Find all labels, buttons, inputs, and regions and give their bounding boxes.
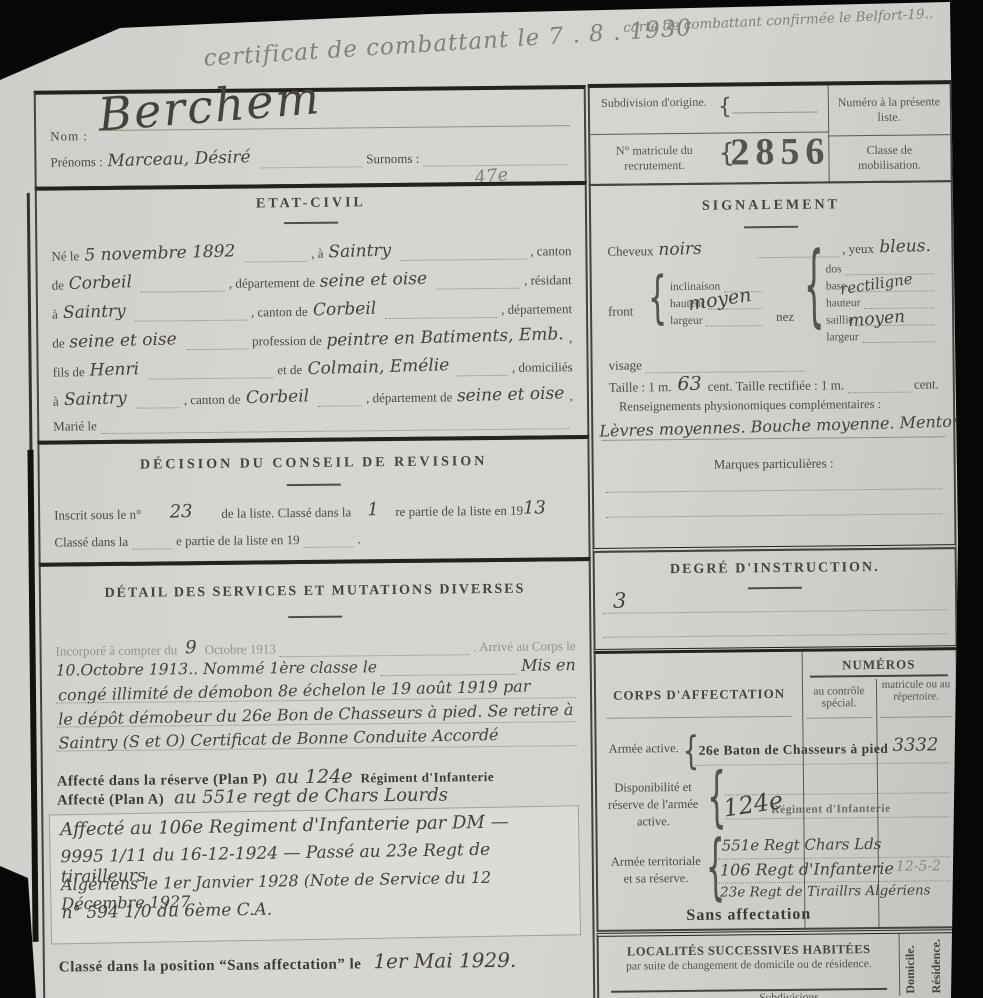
hand-value: Mis en [521,655,576,675]
instruction-value: 3 [613,589,627,613]
controle-header: au contrôle spécial. [804,685,874,710]
renseignements-label: Renseignements physionomiques complément… [619,397,881,415]
territoriale-v1: 551e Regt Chars Lds [722,835,882,855]
hand-value: bleus. [874,236,936,258]
scanned-military-record: { "annotations": { "top_center": "certif… [0,0,983,998]
print-label: largeur [670,315,702,327]
territoriale-v2-num: 12-5-2 [896,858,941,874]
nez-item: largeur [826,330,938,343]
hand-value: seine et oise [452,383,570,406]
signalement-title: SIGNALEMENT [591,196,951,216]
print-label: visage [609,357,642,373]
print-label: . Arrivé au Corps le [473,638,575,655]
hand-value: Affecté au 106e Regiment d'Infanterie pa… [60,811,509,840]
hand-value: au 551e regt de Chars Lourds [168,784,454,808]
etat-civil-title: ETAT-CIVIL [37,193,585,215]
prenoms-row: Prénoms : Marceau, Désiré Surnoms : [50,145,570,170]
residence-vertical-label: Résidence. [929,933,945,993]
print-label: , département [501,301,572,318]
form-sheet: certificat de combattant le 7 . 8 . 1930… [0,0,983,998]
print-label: et de [277,362,302,378]
etat-civil-line-7: Marié le [53,413,573,434]
print-label: Octobre 1913 [205,641,276,658]
pasted-slip: Affecté au 106e Regiment d'Infanterie pa… [49,805,581,944]
print-label: , canton de [184,392,241,409]
annotation-carte-combattant: carte de combattant confirmée le Belfort… [623,6,934,36]
territoriale-label: Armée territoriale et sa réserve. [606,853,706,888]
hand-value: 1er Mai 1929. [365,948,516,974]
sans-affectation-stamp: Sans affectation [686,906,811,925]
matricule-label: N° matricule du recrutement. [592,143,716,174]
territoriale-v2: 106 Regt d'Infanterie [720,859,894,880]
hand-value: Henri [85,359,145,381]
book-spine-bar [27,450,38,942]
print-label: e partie de la liste en 19 [176,532,300,549]
print-label: , département de [229,275,315,292]
hand-value: 5 novembre 1892 [79,241,240,265]
surnoms-label: Surnoms : [366,151,419,168]
hand-value: noirs [653,237,754,260]
hand-value: Corbeil [307,299,381,321]
print-label: , département de [366,389,452,406]
etat-civil-line-1: Né le 5 novembre 1892 , à Saintry , cant… [51,239,571,264]
hand-value: Corbeil [240,386,314,408]
print-label: fils de [53,364,85,380]
conseil-line-1: Inscrit sous le n° 23 de la liste. Class… [54,497,574,523]
nez-hand-moyen: moyen [847,307,905,332]
prenoms-value: Marceau, Désiré [103,147,257,171]
matricule-number: 2856 [730,129,830,174]
print-label: re partie de la liste en 19 [395,503,523,520]
services-title: DÉTAIL DES SERVICES ET MUTATIONS DIVERSE… [41,581,589,603]
subdivision-label: Subdivision d'origine. [596,95,712,111]
hand-value: Saintry [58,388,131,410]
print-label: , domiciliés [512,359,573,376]
nom-value: Berchem [96,70,323,142]
armee-active-label: Armée active. [609,741,681,757]
localites-subtitle: par suite de changement de domicile ou d… [609,958,889,973]
hand-value: peintre en Batiments, Emb. [321,324,569,351]
name-box: Nom : Berchem Prénoms : Marceau, Désiré … [34,85,587,189]
etat-civil-line-4: de seine et oise profession de peintre e… [52,326,572,351]
stamp-text: Régiment d'Infanterie [360,769,494,785]
stamp-text: Classé dans la position “Sans affectatio… [59,956,362,975]
marques-label: Marques particulières : [594,454,954,474]
signalement-box: SIGNALEMENT Cheveux noirs , yeux bleus. … [589,180,957,552]
hand-value: Corbeil [64,272,138,294]
print-label: de [52,277,64,293]
print-label: , [569,330,572,346]
corps-header: CORPS D'AFFECTATION [596,686,802,704]
hand-value: Saintry [58,301,131,323]
print-label: cent. Taille rectifiée : 1 m. [708,377,845,394]
territoriale-v3: 23e Regt de Tiraillrs Algériens [720,882,931,900]
print-label: Né le [51,248,79,264]
brace: { [718,94,732,119]
print-label: Taille : 1 m. [609,379,672,396]
cheveux-row: Cheveux noirs , yeux bleus. [607,236,935,259]
matricule-header: matricule ou au répertoire. [878,678,954,703]
print-label: . [357,531,360,547]
book-spine-line [27,193,33,453]
print-label: profession de [252,333,322,350]
paper-sheet: certificat de combattant le 7 . 8 . 1930… [0,0,983,998]
stamp-text: Affecté (Plan A) [57,791,164,808]
print-label: , [570,388,573,404]
hand-value: 9 [177,637,205,658]
armee-active-matricule: 3332 [892,734,938,755]
print-label: Inscrit sous le n° [54,507,141,524]
hand-value: 13 [523,497,546,518]
hand-value: 63 [671,373,707,395]
numeros-header: NUMÉROS [802,656,956,674]
nom-label: Nom : [50,128,88,144]
brace: { [803,231,824,338]
print-label: de la liste. Classé dans la [221,504,351,521]
hand-value: seine et oise [315,269,433,292]
conseil-title: DÉCISION DU CONSEIL DE REVISION [40,453,588,475]
print-label: Marié le [53,418,97,434]
services-box: DÉTAIL DES SERVICES ET MUTATIONS DIVERSE… [39,557,596,998]
print-label: , à [311,246,323,262]
print-label: Cheveux [607,243,653,259]
recruitment-box: Subdivision d'origine. { Numéro à la pré… [588,80,953,186]
print-label: de [52,335,64,351]
armee-active-value: 26e Baton de Chasseurs à pied [699,741,889,759]
etat-civil-box: ETAT-CIVIL Né le 5 novembre 1892 , à Sai… [35,181,590,443]
hand-value: n° 594 1/0 du 6ème C.A. [61,900,272,924]
print-label: Incorporé à compter du [55,642,177,659]
print-label: Classé dans la [54,534,128,551]
front-label: front [608,304,633,320]
etat-civil-line-3: à Saintry , canton de Corbeil , départem… [52,297,572,322]
etat-civil-line-2: de Corbeil , département de seine et ois… [52,268,572,293]
hand-value: seine et oise [64,329,182,352]
brace: { [682,729,699,774]
hand-value: 23 [141,500,222,523]
conseil-line-2: Classé dans la e partie de la liste en 1… [54,530,454,550]
taille-row: Taille : 1 m. 63 cent. Taille rectifiée … [609,370,939,395]
print-label: , résidant [524,272,572,288]
classe-mobilisation-label: Classe de mobilisation. [834,142,944,173]
hand-value: Colmain, Emélie [302,355,454,379]
stamp-sans-affectation-line: Classé dans la position “Sans affectatio… [59,947,589,977]
etat-civil-line-6: à Saintry , canton de Corbeil , départem… [53,384,573,409]
print-label: dos [826,263,842,275]
localites-title: LOCALITÉS SUCCESSIVES HABITÉES [599,942,899,960]
print-label: , canton de [251,304,308,321]
hand-value: 1 [351,499,396,521]
print-label: , canton [530,243,571,259]
print-label: largeur [826,331,858,343]
brace: { [648,265,668,332]
prenoms-label: Prénoms : [50,154,103,171]
disponibilite-stamp: Régiment d'Infanterie [771,803,891,816]
nez-label: nez [776,309,794,325]
hand-value: 10.Octobre 1913.. Nommé 1ère classe le [56,658,377,679]
services-hand-line-1: 10.Octobre 1913.. Nommé 1ère classe le M… [56,655,576,679]
conseil-box: DÉCISION DU CONSEIL DE REVISION Inscrit … [37,435,590,567]
front-item: largeur [670,314,766,327]
etat-civil-line-5: fils de Henri et de Colmain, Emélie , do… [53,355,573,380]
annotation-certificat: certificat de combattant le 7 . 8 . 1930 [203,15,693,72]
hand-value: Saintry [323,240,396,262]
instruction-box: DEGRÉ D'INSTRUCTION. 3 [593,547,958,653]
numero-liste-label: Numéro à la présente liste. [834,94,944,125]
print-label: cent. [914,376,939,392]
domicile-vertical-label: Domicile. [903,936,919,994]
print-label: hauteur [826,297,861,309]
localites-box: LOCALITÉS SUCCESSIVES HABITÉES par suite… [597,929,962,998]
disponibilite-label: Disponibilité et réserve de l'armée acti… [601,779,706,831]
corps-affectation-table: NUMÉROS CORPS D'AFFECTATION au contrôle … [594,647,961,932]
subdivisions-label: Subdivisions [759,992,819,998]
print-label: , yeux [842,241,874,257]
instruction-title: DEGRÉ D'INSTRUCTION. [595,559,955,579]
